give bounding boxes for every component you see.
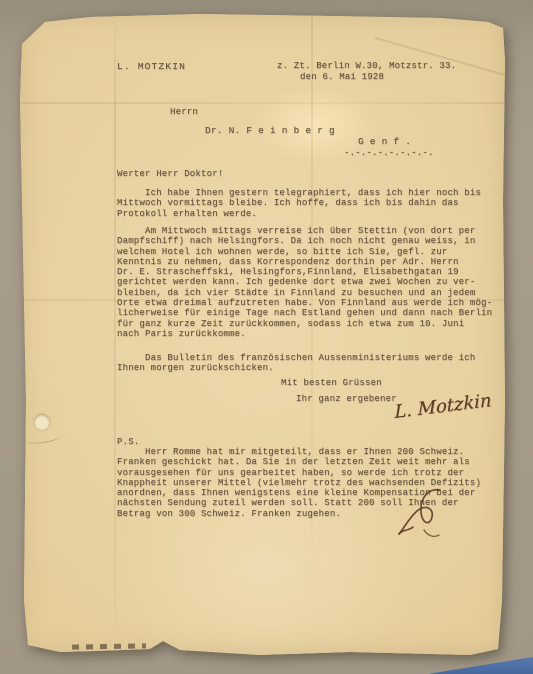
crease-under-hole <box>26 432 61 446</box>
paragraph-3: Das Bulletin des französischen Aussenmin… <box>117 353 475 374</box>
torn-edge-print-marks <box>72 643 146 649</box>
signature-handwriting: L. Motzkin <box>394 386 523 423</box>
postscript-label: P.S. <box>117 437 139 447</box>
dateline-date: den 6. Mai 1928 <box>300 72 384 82</box>
recipient-name: Dr. N. F e i n b e r g <box>205 126 335 136</box>
paragraph-2: Am Mittwoch mittags verreise ich über St… <box>117 226 492 339</box>
recipient-city: G e n f . <box>358 137 411 147</box>
punch-hole <box>34 414 50 430</box>
recipient-city-underline: -.-.-.-.-.-.-.-. <box>344 148 434 158</box>
fold-crease-horizontal-top <box>16 102 508 104</box>
salutation: Werter Herr Doktor! <box>117 169 223 179</box>
dateline-place: z. Zt. Berlin W.30, Motzstr. 33. <box>277 61 456 71</box>
fold-crease-vertical-left <box>114 10 116 658</box>
closing-greeting: Mit besten Grüssen <box>281 378 382 388</box>
closing-line2: Ihr ganz ergebener <box>296 394 397 404</box>
paragraph-1: Ich habe Ihnen gestern telegraphiert, da… <box>117 188 481 219</box>
handwritten-initials-paraph <box>394 486 450 544</box>
scan-background: L. MOTZKIN z. Zt. Berlin W.30, Motzstr. … <box>0 0 533 674</box>
recipient-title: Herrn <box>170 107 198 117</box>
letter-paper: L. MOTZKIN z. Zt. Berlin W.30, Motzstr. … <box>16 10 508 658</box>
sender-name: L. MOTZKIN <box>117 62 186 72</box>
